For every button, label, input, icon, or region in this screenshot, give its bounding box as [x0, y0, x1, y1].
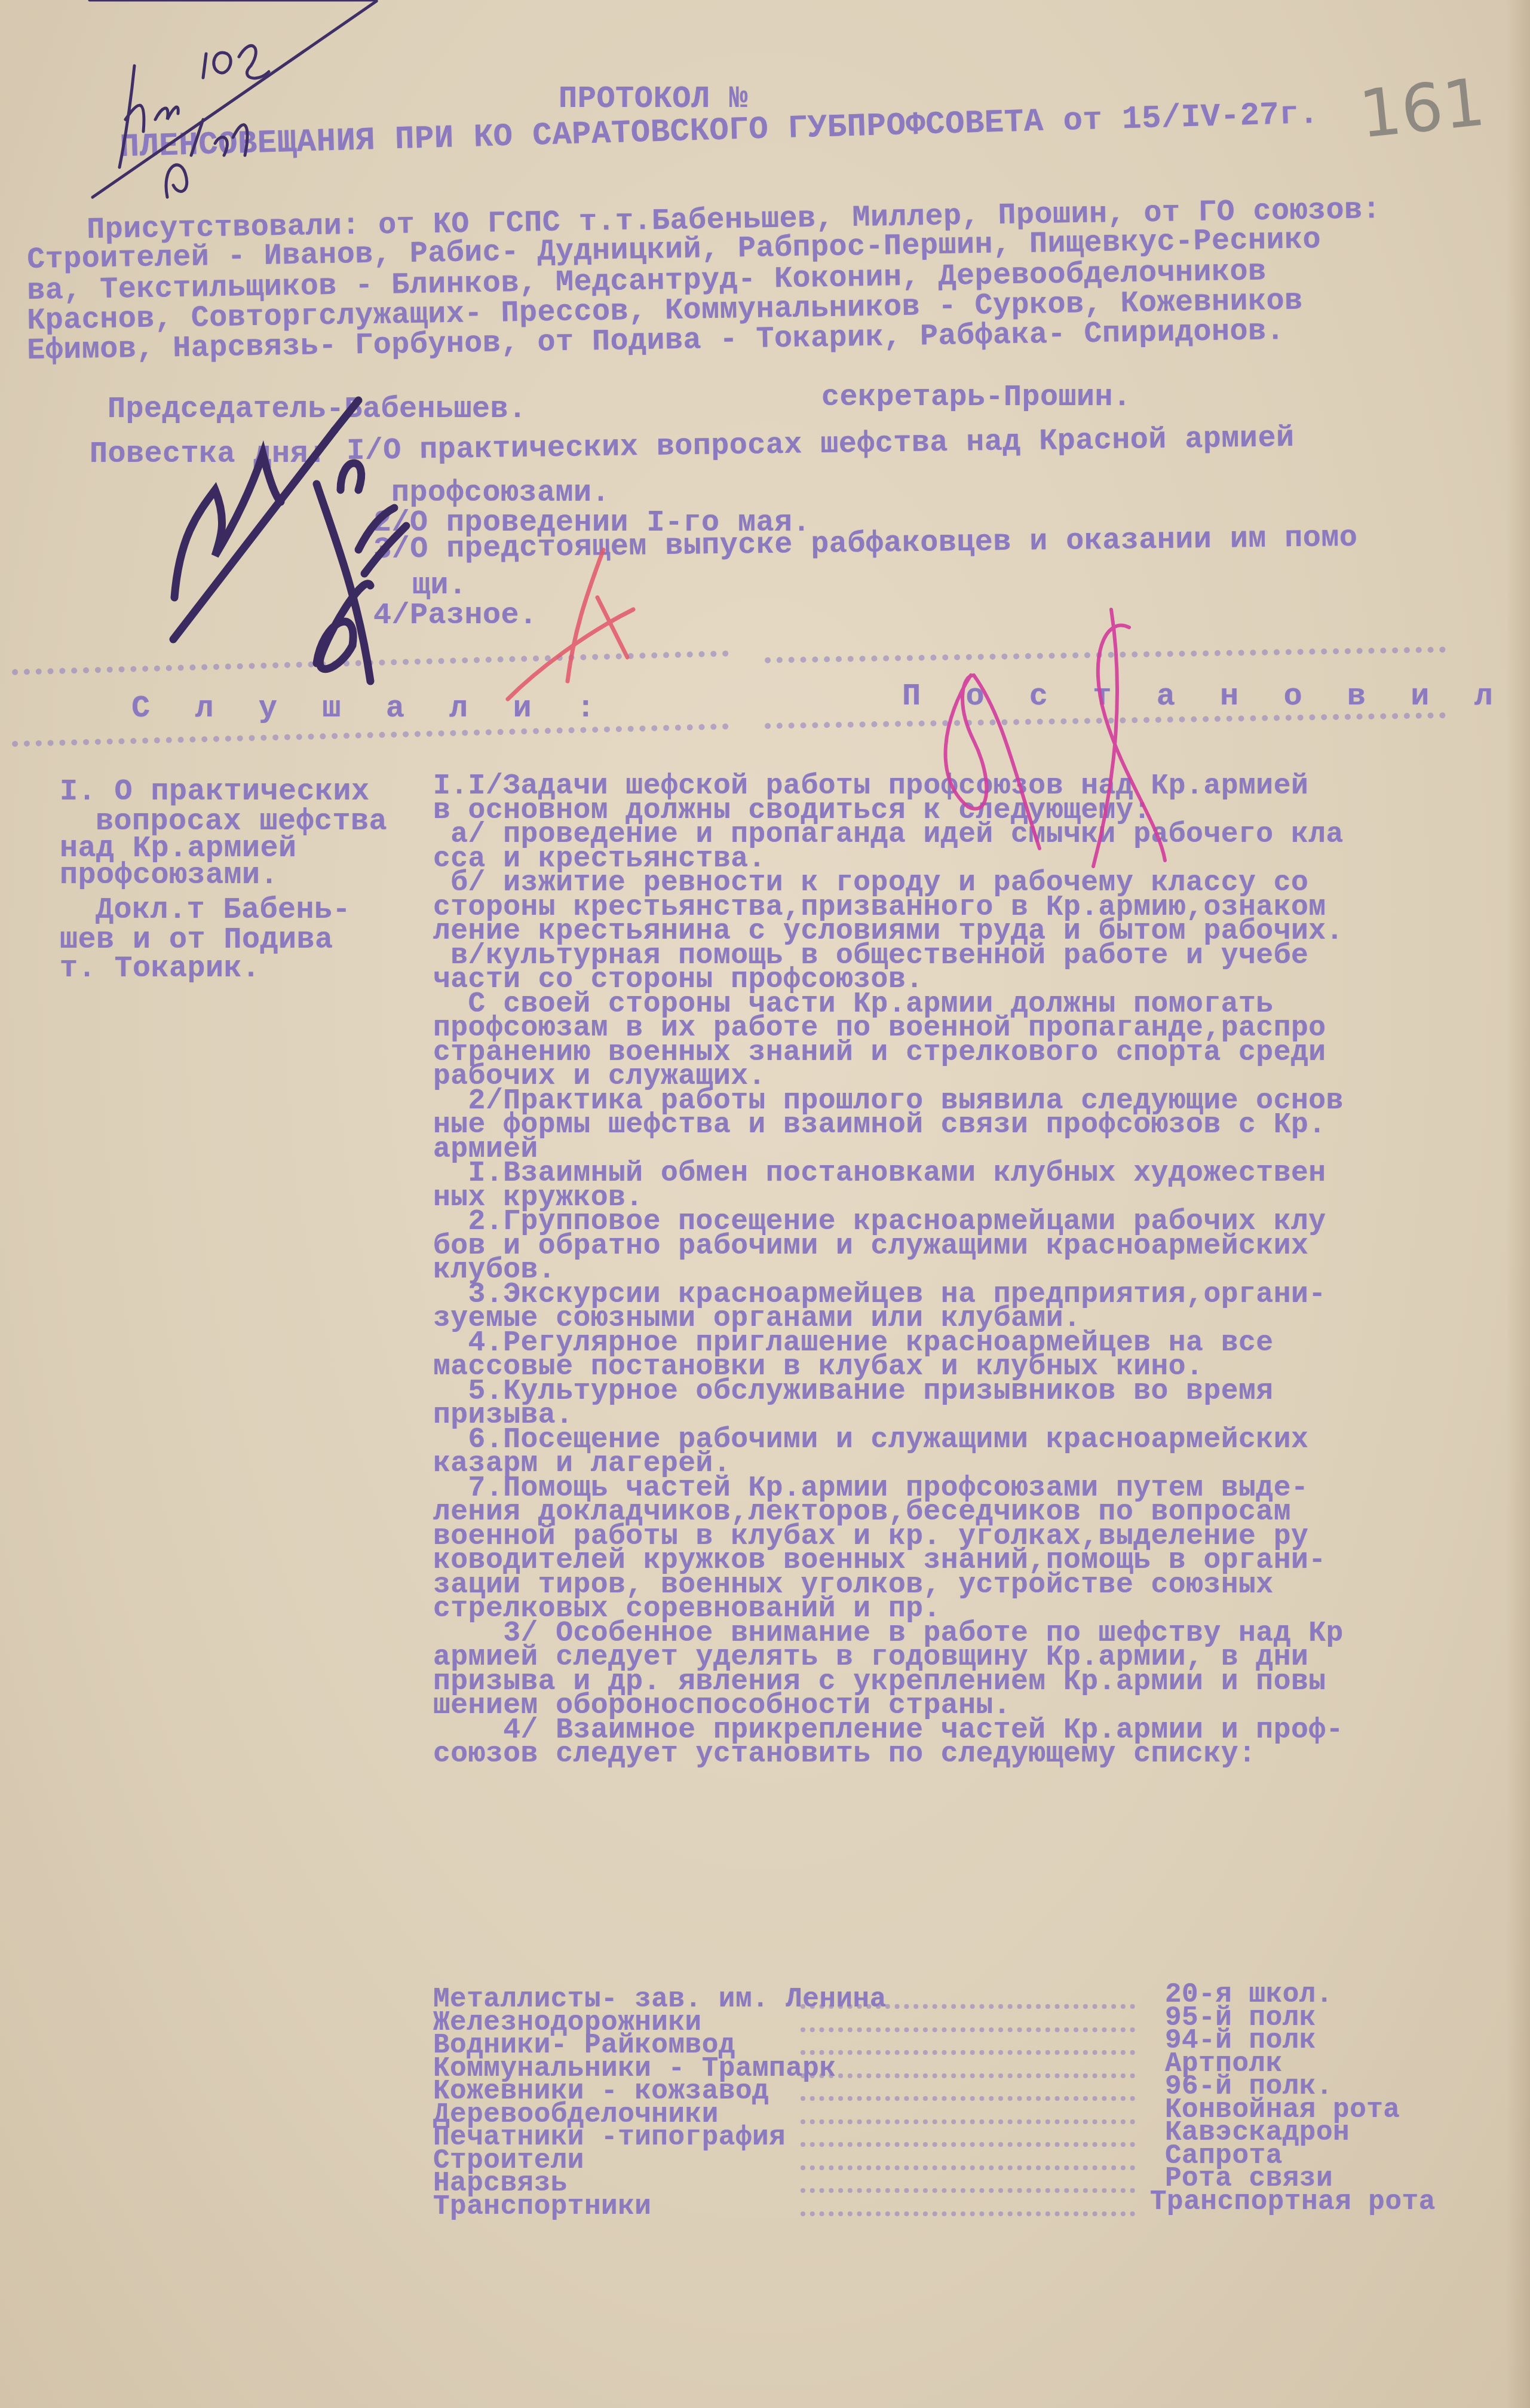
handwritten-annotations: 161: [0, 0, 1530, 2408]
registration-stamp-icon: [90, 0, 376, 197]
check-mark-icon: [508, 550, 633, 699]
pencil-mark-icon: [946, 609, 1165, 866]
signature-icon: [173, 400, 406, 681]
document-page: ПРОТОКОЛ № ПЛЕНСОВЕЩАНИЯ ПРИ КО САРАТОВС…: [0, 0, 1530, 2408]
page-number: 161: [1356, 64, 1488, 153]
